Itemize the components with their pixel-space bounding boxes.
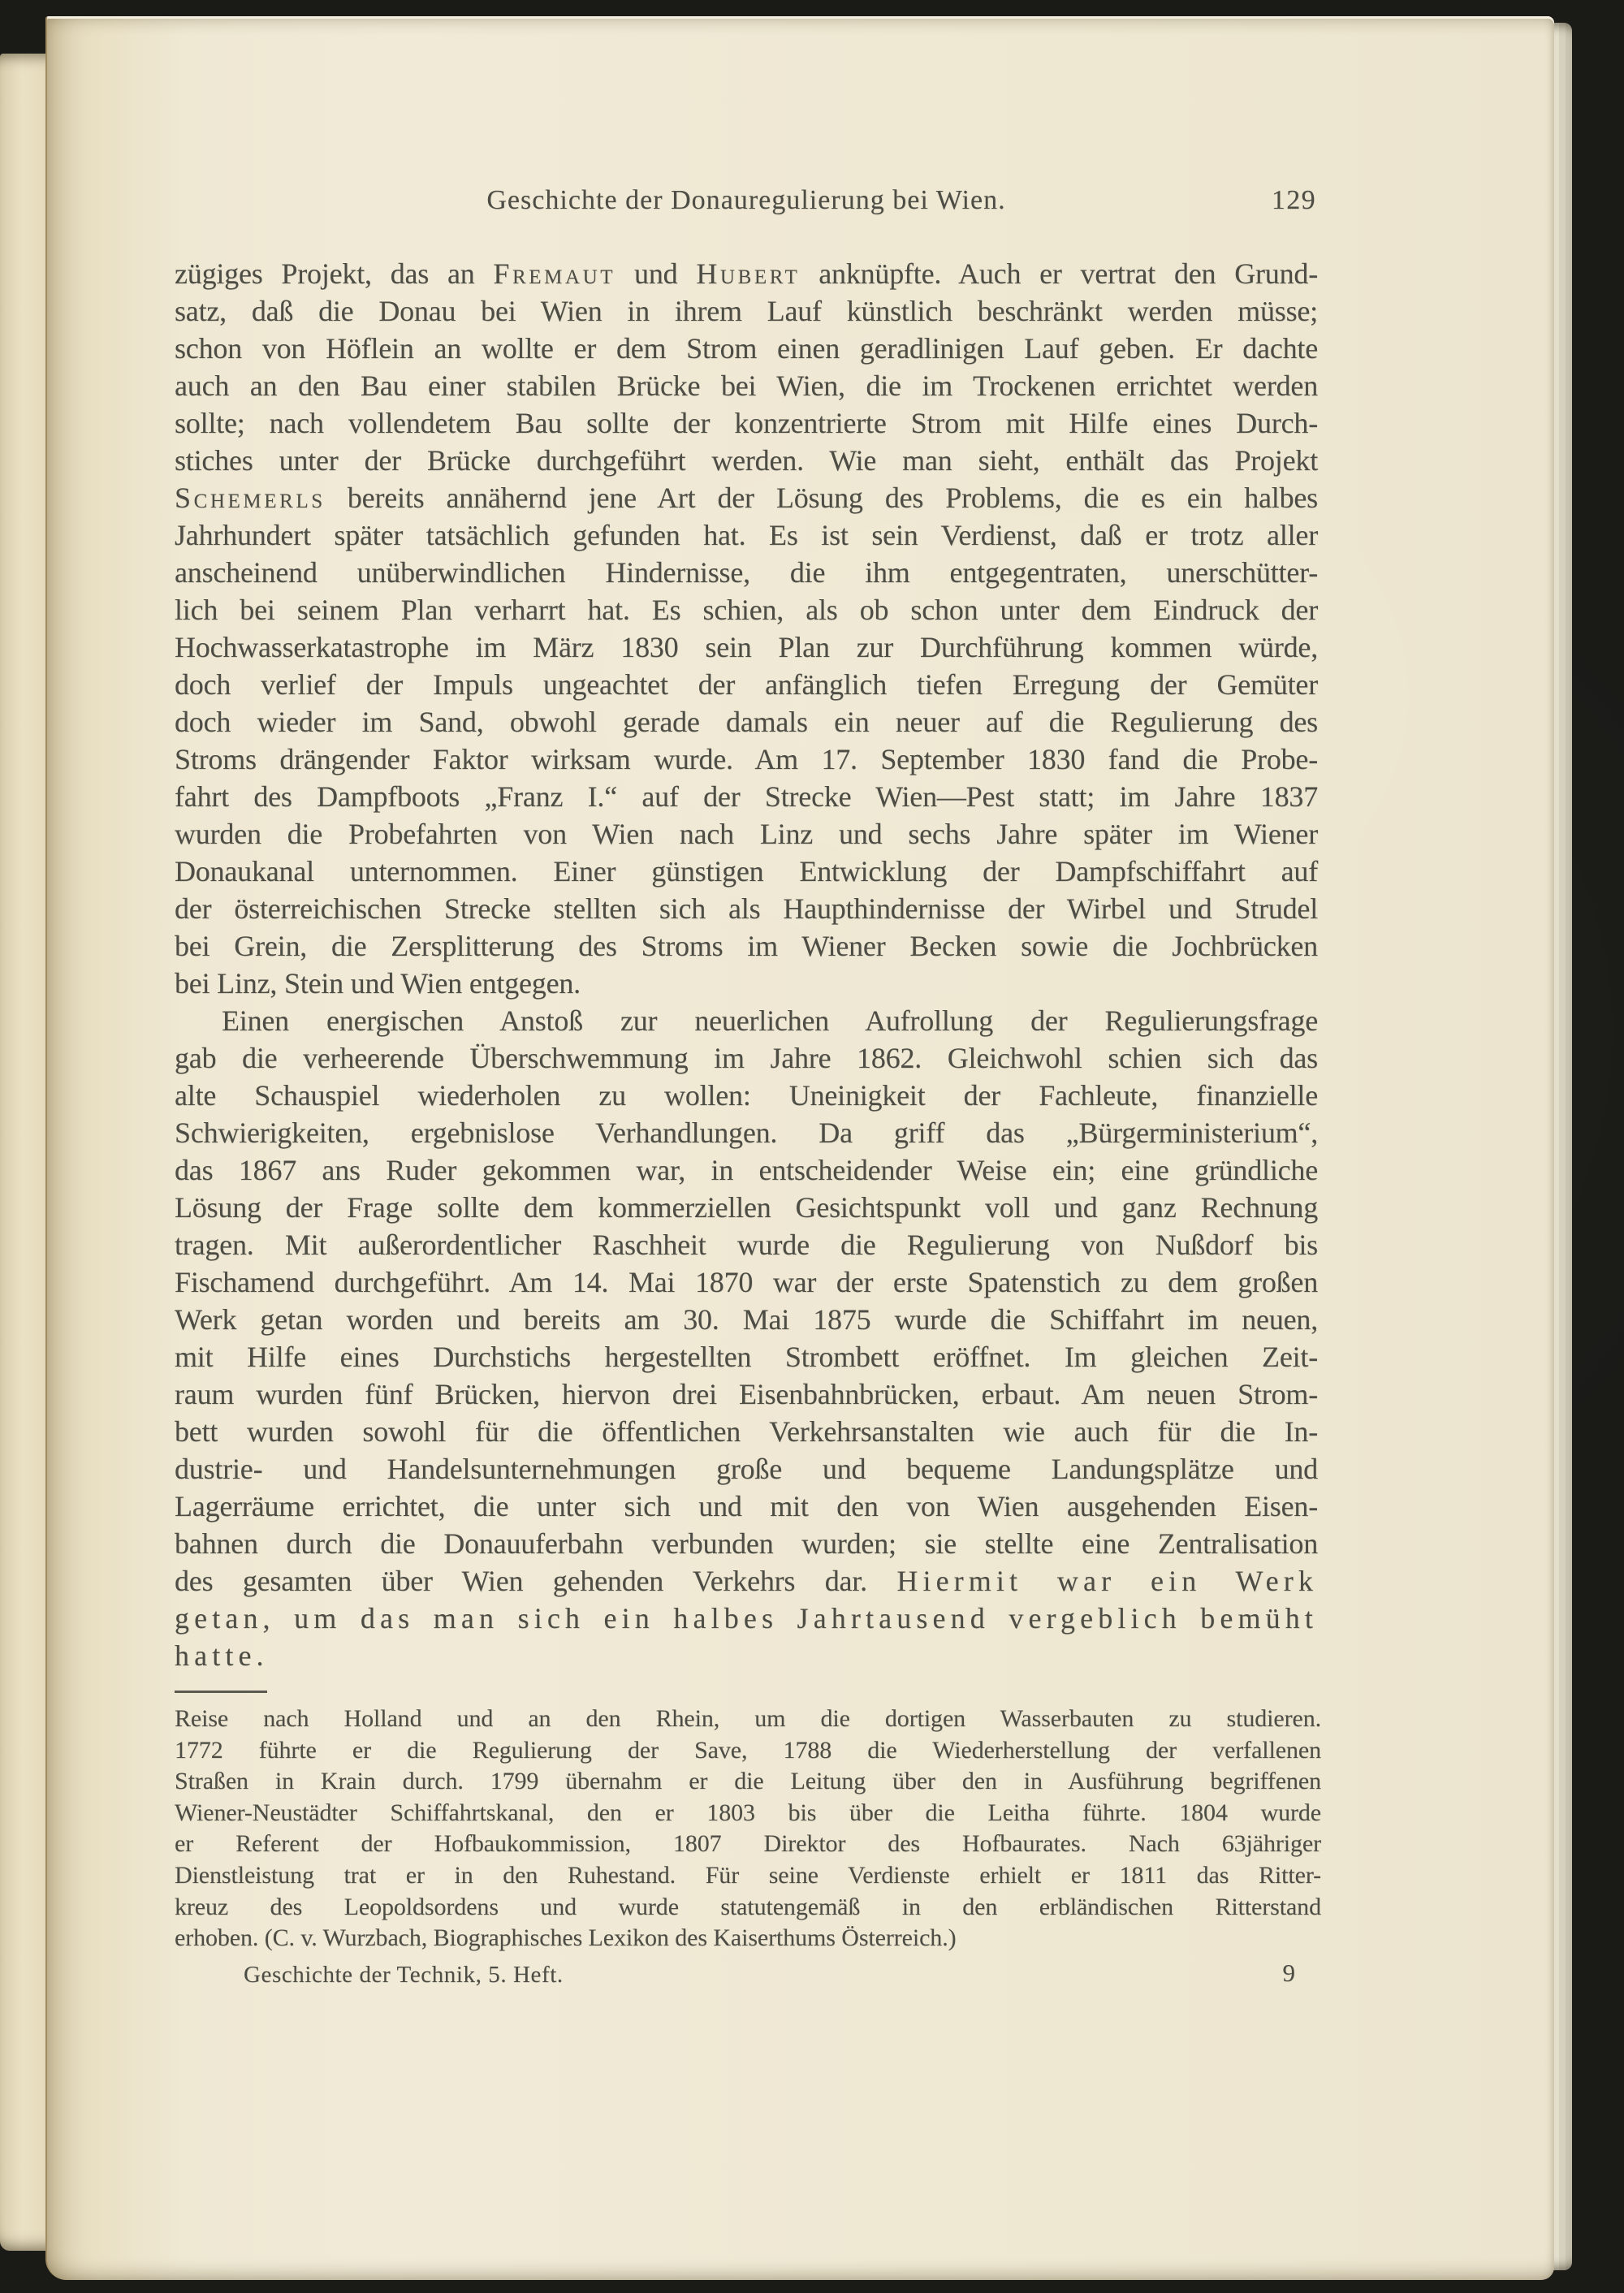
text-line: er Referent der Hofbaukommission, 1807 D… — [175, 1829, 1321, 1860]
text-line: doch verlief der Impuls ungeachtet der a… — [175, 666, 1318, 703]
text-line: hatte. — [175, 1637, 1318, 1674]
page-footer: Geschichte der Technik, 5. Heft. 9 — [175, 1962, 1318, 1994]
person-name: Hubert — [696, 257, 800, 290]
text-line: wurden die Probefahrten von Wien nach Li… — [175, 815, 1318, 853]
text-line: Hochwasserkatastrophe im März 1830 sein … — [175, 628, 1318, 666]
running-title: Geschichte der Donauregulierung bei Wien… — [175, 185, 1318, 216]
text-line: bei Grein, die Zersplitterung des Stroms… — [175, 927, 1318, 965]
text-segment: anknüpfte. Auch er vertrat den Grund- — [800, 257, 1318, 290]
text-segment: zügiges Projekt, das an — [175, 257, 493, 290]
text-line: zügiges Projekt, das an Fremaut und Hube… — [175, 255, 1318, 292]
text-segment: des gesamten über Wien gehenden Verkehrs… — [175, 1565, 896, 1597]
emphasized-text: getan, um das man sich ein halbes Jahrta… — [175, 1602, 1318, 1634]
text-line: bett wurden sowohl für die öffentlichen … — [175, 1413, 1318, 1450]
text-segment: doch verlief der Impuls ungeachtet der a… — [175, 668, 1318, 701]
text-line: Schemerls bereits annähernd jene Art der… — [175, 479, 1318, 516]
facing-page-edge — [0, 54, 49, 2251]
footnote-separator-rule — [175, 1691, 267, 1693]
text-segment: bei Grein, die Zersplitterung des Stroms… — [175, 930, 1318, 962]
text-line: mit Hilfe eines Durchstichs hergestellte… — [175, 1338, 1318, 1375]
text-line: satz, daß die Donau bei Wien in ihrem La… — [175, 292, 1318, 330]
text-segment: auch an den Bau einer stabilen Brücke be… — [175, 369, 1318, 402]
signature-number: 9 — [1283, 1958, 1296, 1988]
text-segment: sollte; nach vollendetem Bau sollte der … — [175, 407, 1318, 439]
text-line: Fischamend durchgeführt. Am 14. Mai 1870… — [175, 1263, 1318, 1301]
text-segment: erhoben. (C. v. Wurzbach, Biographisches… — [175, 1924, 956, 1951]
text-segment: stiches unter der Brücke durchgeführt we… — [175, 444, 1318, 477]
text-segment: Dienstleistung trat er in den Ruhestand.… — [175, 1862, 1321, 1889]
text-segment: mit Hilfe eines Durchstichs hergestellte… — [175, 1341, 1318, 1373]
text-line: Lagerräume errichtet, die unter sich und… — [175, 1488, 1318, 1525]
scan-background: Geschichte der Donauregulierung bei Wien… — [0, 0, 1624, 2293]
page-number: 129 — [1272, 185, 1316, 216]
text-line: tragen. Mit außerordentlicher Raschheit … — [175, 1226, 1318, 1263]
text-segment: bereits annähernd jene Art der Lösung de… — [326, 481, 1318, 514]
text-segment: Stroms drängender Faktor wirksam wurde. … — [175, 743, 1318, 775]
text-line: Jahrhundert später tatsächlich gefunden … — [175, 516, 1318, 554]
footnote-text: Reise nach Holland und an den Rhein, um … — [175, 1704, 1321, 1954]
text-segment: doch wieder im Sand, obwohl gerade damal… — [175, 706, 1318, 738]
person-name: Schemerls — [175, 481, 326, 514]
text-segment: Lagerräume errichtet, die unter sich und… — [175, 1490, 1318, 1522]
text-line: auch an den Bau einer stabilen Brücke be… — [175, 367, 1318, 404]
text-line: Einen energischen Anstoß zur neuerlichen… — [175, 1002, 1318, 1039]
text-line: Reise nach Holland und an den Rhein, um … — [175, 1704, 1321, 1735]
text-line: 1772 führte er die Regulierung der Save,… — [175, 1735, 1321, 1767]
text-segment: bahnen durch die Donauuferbahn verbunden… — [175, 1527, 1318, 1560]
text-line: Lösung der Frage sollte dem kommerzielle… — [175, 1189, 1318, 1226]
text-line: Schwierigkeiten, ergebnislose Verhandlun… — [175, 1114, 1318, 1151]
text-segment: 1772 führte er die Regulierung der Save,… — [175, 1737, 1321, 1764]
text-segment: fahrt des Dampfboots „Franz I.“ auf der … — [175, 780, 1318, 813]
text-line: dustrie- und Handelsunternehmungen große… — [175, 1450, 1318, 1488]
text-segment: und — [615, 257, 696, 290]
text-line: sollte; nach vollendetem Bau sollte der … — [175, 404, 1318, 442]
text-segment: wurden die Probefahrten von Wien nach Li… — [175, 818, 1318, 850]
page-content: Geschichte der Donauregulierung bei Wien… — [175, 0, 1318, 2293]
text-line: bahnen durch die Donauuferbahn verbunden… — [175, 1525, 1318, 1562]
text-segment: Hochwasserkatastrophe im März 1830 sein … — [175, 631, 1318, 663]
person-name: Fremaut — [493, 257, 615, 290]
text-line: das 1867 ans Ruder gekommen war, in ents… — [175, 1151, 1318, 1189]
text-segment: schon von Höflein an wollte er dem Strom… — [175, 332, 1318, 365]
text-line: getan, um das man sich ein halbes Jahrta… — [175, 1600, 1318, 1637]
text-segment: Einen energischen Anstoß zur neuerlichen… — [222, 1004, 1318, 1037]
text-segment: lich bei seinem Plan verharrt hat. Es sc… — [175, 594, 1318, 626]
text-line: Donaukanal unternommen. Einer günstigen … — [175, 853, 1318, 890]
text-segment: Fischamend durchgeführt. Am 14. Mai 1870… — [175, 1266, 1318, 1298]
text-segment: Lösung der Frage sollte dem kommerzielle… — [175, 1191, 1318, 1224]
body-text: zügiges Projekt, das an Fremaut und Hube… — [175, 255, 1318, 1674]
text-segment: satz, daß die Donau bei Wien in ihrem La… — [175, 295, 1318, 327]
text-line: stiches unter der Brücke durchgeführt we… — [175, 442, 1318, 479]
series-imprint: Geschichte der Technik, 5. Heft. — [244, 1962, 564, 1989]
text-segment: das 1867 ans Ruder gekommen war, in ents… — [175, 1154, 1318, 1186]
emphasized-text: Hiermit war ein Werk — [896, 1565, 1318, 1597]
text-line: gab die verheerende Überschwemmung im Ja… — [175, 1039, 1318, 1077]
text-line: der österreichischen Strecke stellten si… — [175, 890, 1318, 927]
text-line: erhoben. (C. v. Wurzbach, Biographisches… — [175, 1923, 1321, 1954]
text-line: schon von Höflein an wollte er dem Strom… — [175, 330, 1318, 367]
text-segment: tragen. Mit außerordentlicher Raschheit … — [175, 1229, 1318, 1261]
text-segment: Werk getan worden und bereits am 30. Mai… — [175, 1303, 1318, 1336]
text-line: Werk getan worden und bereits am 30. Mai… — [175, 1301, 1318, 1338]
text-segment: Straßen in Krain durch. 1799 übernahm er… — [175, 1768, 1321, 1794]
text-segment: Schwierigkeiten, ergebnislose Verhandlun… — [175, 1116, 1318, 1149]
emphasized-text: hatte. — [175, 1639, 269, 1672]
text-line: doch wieder im Sand, obwohl gerade damal… — [175, 703, 1318, 741]
text-segment: alte Schauspiel wiederholen zu wollen: U… — [175, 1079, 1318, 1112]
text-line: alte Schauspiel wiederholen zu wollen: U… — [175, 1077, 1318, 1114]
text-segment: Jahrhundert später tatsächlich gefunden … — [175, 519, 1318, 551]
text-segment: der österreichischen Strecke stellten si… — [175, 892, 1318, 925]
text-segment: dustrie- und Handelsunternehmungen große… — [175, 1453, 1318, 1485]
text-segment: bett wurden sowohl für die öffentlichen … — [175, 1415, 1318, 1448]
page-header: Geschichte der Donauregulierung bei Wien… — [175, 185, 1318, 221]
text-segment: kreuz des Leopoldsordens und wurde statu… — [175, 1894, 1321, 1920]
text-segment: anscheinend unüberwindlichen Hindernisse… — [175, 556, 1318, 589]
text-line: kreuz des Leopoldsordens und wurde statu… — [175, 1892, 1321, 1924]
text-line: raum wurden fünf Brücken, hiervon drei E… — [175, 1375, 1318, 1413]
text-segment: Wiener-Neustädter Schiffahrtskanal, den … — [175, 1799, 1321, 1826]
text-segment: gab die verheerende Überschwemmung im Ja… — [175, 1042, 1318, 1074]
text-line: Dienstleistung trat er in den Ruhestand.… — [175, 1860, 1321, 1892]
text-segment: er Referent der Hofbaukommission, 1807 D… — [175, 1830, 1321, 1857]
text-line: Wiener-Neustädter Schiffahrtskanal, den … — [175, 1798, 1321, 1829]
text-line: des gesamten über Wien gehenden Verkehrs… — [175, 1562, 1318, 1600]
text-line: Straßen in Krain durch. 1799 übernahm er… — [175, 1766, 1321, 1798]
text-line: fahrt des Dampfboots „Franz I.“ auf der … — [175, 778, 1318, 815]
text-segment: bei Linz, Stein und Wien entgegen. — [175, 967, 581, 1000]
text-segment: raum wurden fünf Brücken, hiervon drei E… — [175, 1378, 1318, 1410]
text-segment: Donaukanal unternommen. Einer günstigen … — [175, 855, 1318, 887]
text-segment: Reise nach Holland und an den Rhein, um … — [175, 1705, 1321, 1732]
text-line: anscheinend unüberwindlichen Hindernisse… — [175, 554, 1318, 591]
text-line: Stroms drängender Faktor wirksam wurde. … — [175, 741, 1318, 778]
text-line: lich bei seinem Plan verharrt hat. Es sc… — [175, 591, 1318, 628]
text-line: bei Linz, Stein und Wien entgegen. — [175, 965, 1318, 1002]
